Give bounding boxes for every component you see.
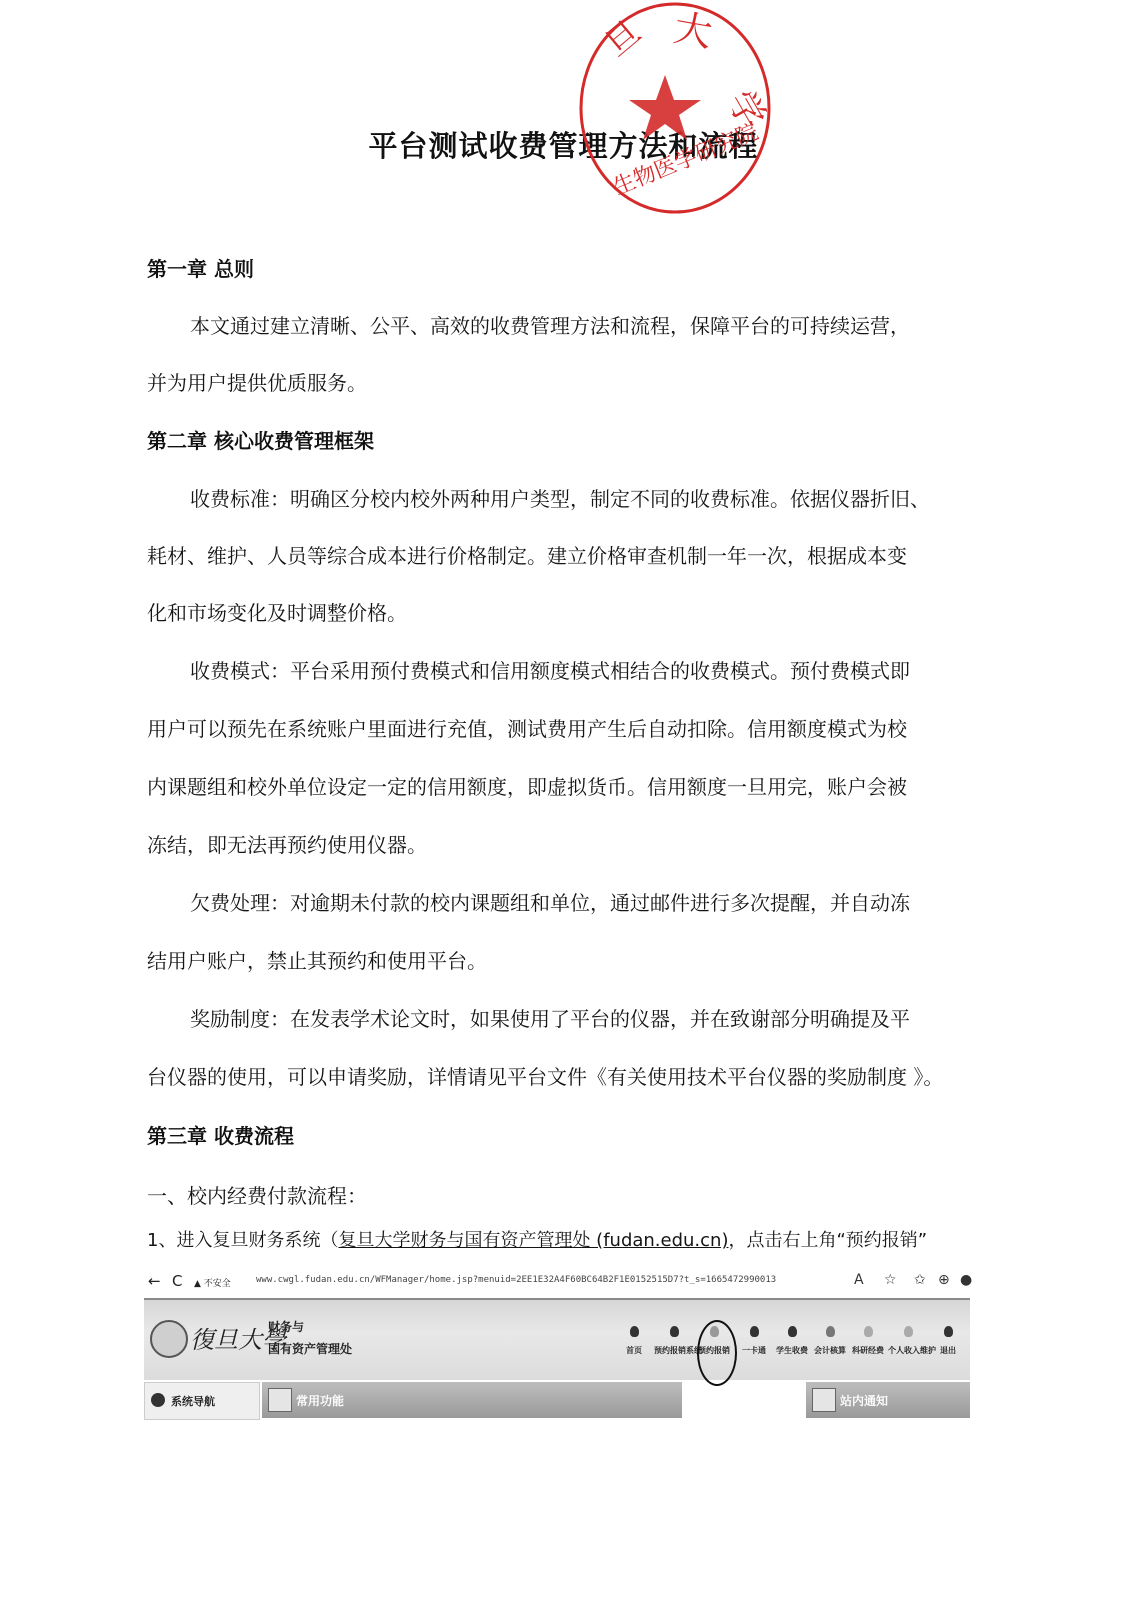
chapter-1-heading: 第一章 总则 bbox=[147, 253, 254, 282]
chapter-2-heading: 第二章 核心收费管理框架 bbox=[147, 425, 374, 454]
menu-bulb-icon bbox=[670, 1326, 679, 1337]
menu-item-campus-card[interactable]: 一卡通 bbox=[734, 1326, 774, 1356]
menu-bulb-icon bbox=[864, 1326, 873, 1337]
favorites-bar-icon[interactable]: ✩ bbox=[914, 1272, 926, 1288]
read-aloud-icon[interactable]: A bbox=[854, 1272, 864, 1288]
reload-icon[interactable]: C bbox=[172, 1272, 182, 1290]
official-seal-stamp-icon: 旦 大 学 生物医学研究院 bbox=[577, 0, 777, 225]
browser-address-bar: ← C ▲ 不安全 www.cwgl.fudan.edu.cn/WFManage… bbox=[148, 1270, 972, 1294]
menu-item-student-fees[interactable]: 学生收费 bbox=[772, 1326, 812, 1356]
top-menu: 首页 预约报销系统 预约报销 一卡通 学生收费 会计核算 科研经费 个人收入维护… bbox=[614, 1326, 964, 1370]
collections-icon[interactable]: ⊕ bbox=[938, 1272, 950, 1288]
menu-bulb-icon bbox=[904, 1326, 913, 1337]
navigation-icon bbox=[151, 1393, 165, 1407]
menu-bulb-icon bbox=[630, 1326, 639, 1337]
paragraph-line: 耗材、维护、人员等综合成本进行价格制定。建立价格审查机制一年一次，根据成本变 bbox=[147, 540, 907, 569]
paragraph-line: 欠费处理：对逾期未付款的校内课题组和单位，通过邮件进行多次提醒，并自动冻 bbox=[190, 887, 910, 916]
menu-bulb-icon bbox=[944, 1326, 953, 1337]
menu-bulb-icon bbox=[826, 1326, 835, 1337]
security-warning-label: ▲ 不安全 bbox=[194, 1276, 231, 1289]
step-1-line: 1、进入复旦财务系统（复旦大学财务与国有资产管理处 (fudan.edu.cn)… bbox=[147, 1226, 927, 1252]
menu-item-personal-income[interactable]: 个人收入维护 bbox=[888, 1326, 928, 1356]
paragraph-line: 本文通过建立清晰、公平、高效的收费管理方法和流程，保障平台的可持续运营， bbox=[190, 310, 910, 339]
favorite-icon[interactable]: ☆ bbox=[884, 1272, 897, 1288]
embedded-finance-system-screenshot: ← C ▲ 不安全 www.cwgl.fudan.edu.cn/WFManage… bbox=[140, 1268, 972, 1423]
common-functions-panel: 常用功能 bbox=[262, 1382, 682, 1418]
department-name-line2: 国有资产管理处 bbox=[268, 1340, 352, 1357]
menu-bulb-icon bbox=[788, 1326, 797, 1337]
document-page: 旦 大 学 生物医学研究院 平台测试收费管理方法和流程 第一章 总则 本文通过建… bbox=[0, 0, 1127, 1599]
menu-item-accounting[interactable]: 会计核算 bbox=[810, 1326, 850, 1356]
site-header-banner: 復旦大學 财务与 国有资产管理处 首页 预约报销系统 预约报销 一卡通 学生收费… bbox=[144, 1298, 970, 1380]
document-title: 平台测试收费管理方法和流程 bbox=[0, 124, 1127, 165]
svg-text:旦: 旦 bbox=[597, 12, 649, 64]
section-subheading: 一、校内经费付款流程： bbox=[147, 1180, 367, 1209]
step-1-suffix: ，点击右上角“预约报销” bbox=[728, 1230, 927, 1251]
back-arrow-icon[interactable]: ← bbox=[148, 1272, 161, 1290]
paragraph-line: 冻结，即无法再预约使用仪器。 bbox=[147, 829, 427, 858]
menu-item-home[interactable]: 首页 bbox=[614, 1326, 654, 1356]
paragraph-line: 奖励制度：在发表学术论文时，如果使用了平台的仪器，并在致谢部分明确提及平 bbox=[190, 1003, 910, 1032]
menu-item-booking-system[interactable]: 预约报销系统 bbox=[654, 1326, 694, 1356]
paragraph-line: 收费模式：平台采用预付费模式和信用额度模式相结合的收费模式。预付费模式即 bbox=[190, 655, 910, 684]
university-logo-icon bbox=[150, 1320, 188, 1358]
svg-text:大: 大 bbox=[670, 6, 715, 56]
url-field[interactable]: www.cwgl.fudan.edu.cn/WFManager/home.jsp… bbox=[256, 1275, 796, 1285]
chapter-3-heading: 第三章 收费流程 bbox=[147, 1120, 294, 1149]
paragraph-line: 结用户账户，禁止其预约和使用平台。 bbox=[147, 945, 487, 974]
paragraph-line: 化和市场变化及时调整价格。 bbox=[147, 597, 407, 626]
panel-icon bbox=[268, 1388, 292, 1412]
menu-item-logout[interactable]: 退出 bbox=[928, 1326, 968, 1356]
site-notice-panel: 站内通知 bbox=[806, 1382, 970, 1418]
hand-drawn-highlight-circle bbox=[697, 1320, 737, 1386]
paragraph-line: 台仪器的使用，可以申请奖励，详情请见平台文件《有关使用技术平台仪器的奖励制度 》… bbox=[147, 1061, 943, 1090]
department-name-line1: 财务与 bbox=[268, 1318, 304, 1335]
notice-icon bbox=[812, 1388, 836, 1412]
finance-office-link[interactable]: 复旦大学财务与国有资产管理处 (fudan.edu.cn) bbox=[338, 1230, 728, 1251]
system-navigation-tab[interactable]: 系统导航 bbox=[144, 1382, 260, 1420]
profile-icon[interactable]: ● bbox=[960, 1272, 972, 1288]
step-1-prefix: 1、进入复旦财务系统（ bbox=[147, 1230, 338, 1251]
menu-item-research-funds[interactable]: 科研经费 bbox=[848, 1326, 888, 1356]
paragraph-line: 收费标准：明确区分校内校外两种用户类型，制定不同的收费标准。依据仪器折旧、 bbox=[190, 483, 930, 512]
paragraph-line: 并为用户提供优质服务。 bbox=[147, 367, 367, 396]
menu-bulb-icon bbox=[750, 1326, 759, 1337]
paragraph-line: 内课题组和校外单位设定一定的信用额度，即虚拟货币。信用额度一旦用完，账户会被 bbox=[147, 771, 907, 800]
paragraph-line: 用户可以预先在系统账户里面进行充值，测试费用产生后自动扣除。信用额度模式为校 bbox=[147, 713, 907, 742]
